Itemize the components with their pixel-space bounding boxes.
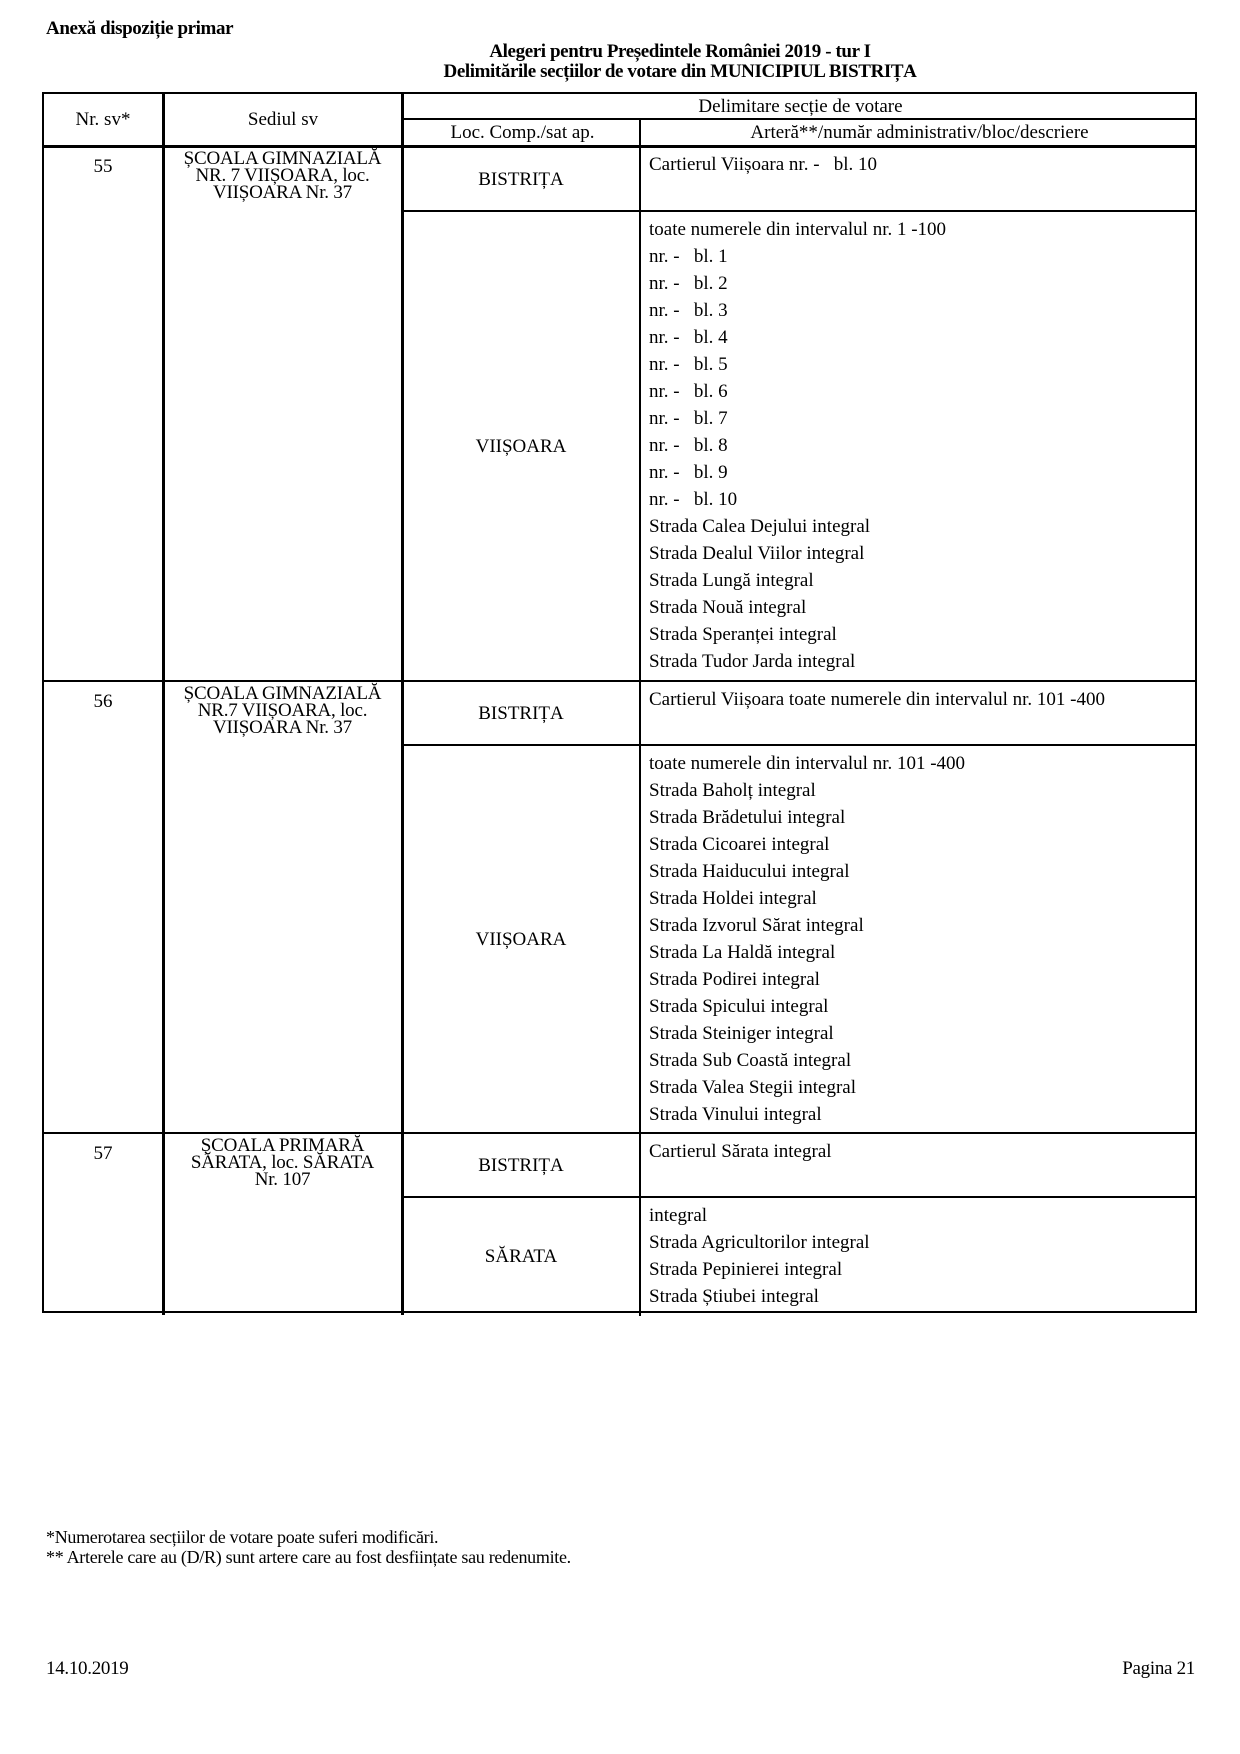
artery-item: Strada Holdei integral <box>649 885 1195 912</box>
artery-item: Strada Știubei integral <box>649 1283 1195 1310</box>
artery-item: nr. - bl. 10 <box>649 486 1195 513</box>
artery-item: Strada Nouă integral <box>649 594 1195 621</box>
artery-item: Strada Calea Dejului integral <box>649 513 1195 540</box>
artery-item: Strada Cicoarei integral <box>649 831 1195 858</box>
header-delimitare: Delimitare secție de votare <box>404 97 1197 117</box>
header-sediul-sv: Sediul sv <box>164 110 402 130</box>
header-artera: Arteră**/număr administrativ/bloc/descri… <box>642 123 1197 143</box>
artery-item: Strada La Haldă integral <box>649 939 1195 966</box>
row-divider <box>42 680 1197 682</box>
artery-item: nr. - bl. 2 <box>649 270 1195 297</box>
artery-item: integral <box>649 1202 1195 1229</box>
header-nr-sv: Nr. sv* <box>44 110 162 130</box>
section-number: 57 <box>44 1144 162 1164</box>
artery-item: nr. - bl. 7 <box>649 405 1195 432</box>
locality: VIIȘOARA <box>403 437 639 457</box>
artery-item: Strada Spicului integral <box>649 993 1195 1020</box>
address-line: VIIȘOARA Nr. 37 <box>164 184 401 201</box>
artery-item: Strada Izvorul Sărat integral <box>649 912 1195 939</box>
artery-item: Strada Lungă integral <box>649 567 1195 594</box>
footnote-numbering: *Numerotarea secțiilor de votare poate s… <box>46 1527 438 1547</box>
address-line: VIIȘOARA Nr. 37 <box>164 719 401 736</box>
row-divider <box>42 1132 1197 1134</box>
subrow-divider <box>401 210 1197 212</box>
artery-item: Strada Haiducului integral <box>649 858 1195 885</box>
locality: VIIȘOARA <box>403 930 639 950</box>
header-loc: Loc. Comp./sat ap. <box>404 123 641 143</box>
address-line: Nr. 107 <box>164 1171 401 1188</box>
artery-item: Strada Dealul Viilor integral <box>649 540 1195 567</box>
artery-list: Cartierul Viișoara nr. - bl. 10 <box>641 151 1195 178</box>
artery-item: Strada Valea Stegii integral <box>649 1074 1195 1101</box>
artery-item: Cartierul Sărata integral <box>649 1138 1195 1165</box>
artery-list: integralStrada Agricultorilor integralSt… <box>641 1202 1195 1310</box>
artery-list: toate numerele din intervalul nr. 1 -100… <box>641 216 1195 675</box>
footer-page-number: Pagina 21 <box>1122 1658 1195 1680</box>
locality: BISTRIȚA <box>403 704 639 724</box>
artery-item: Strada Pepinierei integral <box>649 1256 1195 1283</box>
locality: BISTRIȚA <box>403 1156 639 1176</box>
locality: SĂRATA <box>403 1247 639 1267</box>
artery-item: Strada Speranței integral <box>649 621 1195 648</box>
artery-item: nr. - bl. 3 <box>649 297 1195 324</box>
header-divider <box>401 118 1197 120</box>
annex-label: Anexă dispoziție primar <box>46 18 233 40</box>
polling-station-address: ȘCOALA PRIMARĂSĂRATA, loc. SĂRATANr. 107 <box>164 1137 401 1188</box>
artery-item: Strada Baholț integral <box>649 777 1195 804</box>
locality: BISTRIȚA <box>403 170 639 190</box>
subrow-divider <box>401 744 1197 746</box>
voting-sections-table: Nr. sv* Sediul sv Delimitare secție de v… <box>42 92 1197 1313</box>
polling-station-address: ȘCOALA GIMNAZIALĂNR. 7 VIIȘOARA, loc.VII… <box>164 150 401 201</box>
artery-item: Strada Tudor Jarda integral <box>649 648 1195 675</box>
artery-item: toate numerele din intervalul nr. 1 -100 <box>649 216 1195 243</box>
artery-item: toate numerele din intervalul nr. 101 -4… <box>649 750 1195 777</box>
footnote-arteries: ** Arterele care au (D/R) sunt artere ca… <box>46 1547 571 1567</box>
section-number: 56 <box>44 692 162 712</box>
artery-item: nr. - bl. 6 <box>649 378 1195 405</box>
artery-item: Strada Agricultorilor integral <box>649 1229 1195 1256</box>
artery-item: Strada Sub Coastă integral <box>649 1047 1195 1074</box>
artery-list: Cartierul Viișoara toate numerele din in… <box>641 686 1195 713</box>
artery-item: Strada Podirei integral <box>649 966 1195 993</box>
artery-item: Strada Brădetului integral <box>649 804 1195 831</box>
section-number: 55 <box>44 157 162 177</box>
artery-item: Cartierul Viișoara nr. - bl. 10 <box>649 151 1195 178</box>
subrow-divider <box>401 1196 1197 1198</box>
artery-item: nr. - bl. 8 <box>649 432 1195 459</box>
artery-item: nr. - bl. 1 <box>649 243 1195 270</box>
footer-date: 14.10.2019 <box>46 1658 129 1680</box>
artery-item: Cartierul Viișoara toate numerele din in… <box>649 686 1195 713</box>
polling-station-address: ȘCOALA GIMNAZIALĂNR.7 VIIȘOARA, loc.VIIȘ… <box>164 685 401 736</box>
artery-item: nr. - bl. 5 <box>649 351 1195 378</box>
artery-list: toate numerele din intervalul nr. 101 -4… <box>641 750 1195 1128</box>
artery-item: Strada Vinului integral <box>649 1101 1195 1128</box>
artery-item: Strada Steiniger integral <box>649 1020 1195 1047</box>
artery-list: Cartierul Sărata integral <box>641 1138 1195 1165</box>
artery-item: nr. - bl. 9 <box>649 459 1195 486</box>
document-subtitle: Delimitările secțiilor de votare din MUN… <box>340 62 1020 82</box>
artery-item: nr. - bl. 4 <box>649 324 1195 351</box>
document-title: Alegeri pentru Președintele României 201… <box>340 42 1020 62</box>
